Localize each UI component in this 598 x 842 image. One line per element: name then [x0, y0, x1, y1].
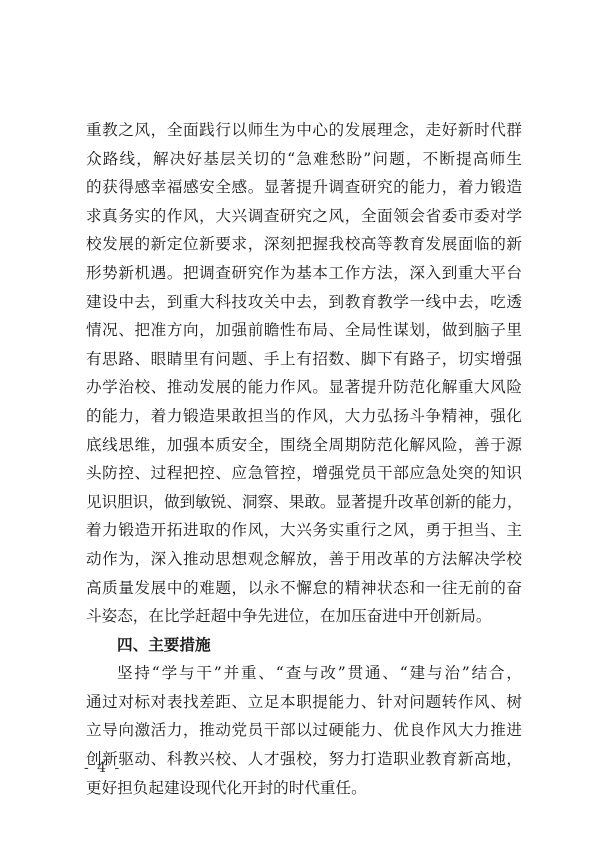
text-line: 有思路、眼睛里有问题、手上有招数、脚下有路子，切实增强	[86, 345, 522, 374]
text-line: 头防控、过程把控、应急管控，增强党员干部应急处突的知识	[86, 459, 522, 488]
text-line: 斗姿态，在比学赶超中争先进位，在加压奋进中开创新局。	[86, 602, 522, 631]
text-line: 众路线，解决好基层关切的“急难愁盼”问题，不断提高师生	[86, 145, 522, 174]
document-page: 重教之风，全面践行以师生为中心的发展理念，走好新时代群 众路线，解决好基层关切的…	[0, 0, 598, 842]
text-line: 形势新机遇。把调查研究作为基本工作方法，深入到重大平台	[86, 259, 522, 288]
text-line: 校发展的新定位新要求，深刻把握我校高等教育发展面临的新	[86, 230, 522, 259]
text-line: 通过对标对表找差距、立足本职提能力、针对问题转作风、树	[86, 688, 522, 717]
text-line: 动作为，深入推动思想观念解放，善于用改革的方法解决学校	[86, 545, 522, 574]
text-line: 办学治校、推动发展的能力作风。显著提升防范化解重大风险	[86, 373, 522, 402]
text-line: 求真务实的作风，大兴调查研究之风，全面领会省委市委对学	[86, 202, 522, 231]
text-line: 的能力，着力锻造果敢担当的作风，大力弘扬斗争精神，强化	[86, 402, 522, 431]
text-line: 着力锻造开拓进取的作风，大兴务实重行之风，勇于担当、主	[86, 516, 522, 545]
text-line: 坚持“学与干”并重、“查与改”贯通、“建与治”结合，	[86, 659, 522, 688]
text-line: 立导向激活力，推动党员干部以过硬能力、优良作风大力推进	[86, 716, 522, 745]
text-line: 情况、把准方向，加强前瞻性布局、全局性谋划，做到脑子里	[86, 316, 522, 345]
text-line: 底线思维，加强本质安全，围绕全周期防范化解风险，善于源	[86, 431, 522, 460]
text-line: 见识胆识，做到敏锐、洞察、果敢。显著提升改革创新的能力，	[86, 488, 522, 517]
page-number: - 4 -	[84, 760, 121, 776]
text-line: 重教之风，全面践行以师生为中心的发展理念，走好新时代群	[86, 116, 522, 145]
text-line: 建设中去，到重大科技攻关中去，到教育教学一线中去，吃透	[86, 288, 522, 317]
section-heading: 四、主要措施	[86, 631, 522, 660]
text-line: 更好担负起建设现代化开封的时代重任。	[86, 774, 522, 803]
text-line: 高质量发展中的难题，以永不懈怠的精神状态和一往无前的奋	[86, 574, 522, 603]
text-line: 的获得感幸福感安全感。显著提升调查研究的能力，着力锻造	[86, 173, 522, 202]
text-line: 创新驱动、科教兴校、人才强校，努力打造职业教育新高地，	[86, 745, 522, 774]
body-text: 重教之风，全面践行以师生为中心的发展理念，走好新时代群 众路线，解决好基层关切的…	[86, 116, 522, 802]
